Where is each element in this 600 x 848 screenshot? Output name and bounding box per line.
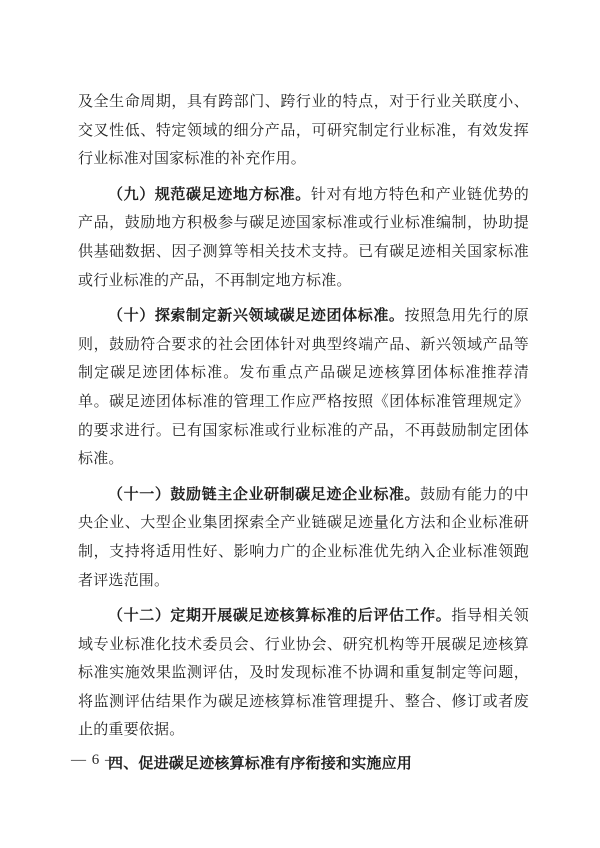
section-heading: 四、促进碳足迹核算标准有序衔接和实施应用 (78, 752, 529, 776)
paragraph-continued: 及全生命周期，具有跨部门、跨行业的特点，对于行业关联度小、交叉性低、特定领域的细… (78, 88, 529, 174)
paragraph-text: 按照急用先行的原则，鼓励符合要求的社会团体针对典型终端产品、新兴领域产品等制定碳… (78, 308, 529, 467)
document-page: 及全生命周期，具有跨部门、跨行业的特点，对于行业关联度小、交叉性低、特定领域的细… (0, 0, 600, 848)
document-body: 及全生命周期，具有跨部门、跨行业的特点，对于行业关联度小、交叉性低、特定领域的细… (78, 88, 529, 776)
item-lead: （十）探索制定新兴领域碳足迹团体标准。 (108, 308, 405, 324)
paragraph-text: 指导相关领域专业标准化技术委员会、行业协会、研究机构等开展碳足迹核算标准实施效果… (78, 608, 529, 738)
item-lead: （十一）鼓励链主企业研制碳足迹企业标准。 (108, 487, 420, 503)
item-lead: （十二）定期开展碳足迹核算标准的后评估工作。 (108, 608, 451, 624)
paragraph-item-11: （十一）鼓励链主企业研制碳足迹企业标准。鼓励有能力的中央企业、大型企业集团探索全… (78, 481, 529, 595)
paragraph-item-10: （十）探索制定新兴领域碳足迹团体标准。按照急用先行的原则，鼓励符合要求的社会团体… (78, 302, 529, 474)
item-lead: （九）规范碳足迹地方标准。 (108, 187, 311, 203)
paragraph-item-9: （九）规范碳足迹地方标准。针对有地方特色和产业链优势的产品，鼓励地方积极参与碳足… (78, 181, 529, 295)
paragraph-text: 及全生命周期，具有跨部门、跨行业的特点，对于行业关联度小、交叉性低、特定领域的细… (78, 94, 529, 167)
page-number: — 6 — (71, 750, 121, 770)
paragraph-item-12: （十二）定期开展碳足迹核算标准的后评估工作。指导相关领域专业标准化技术委员会、行… (78, 602, 529, 745)
